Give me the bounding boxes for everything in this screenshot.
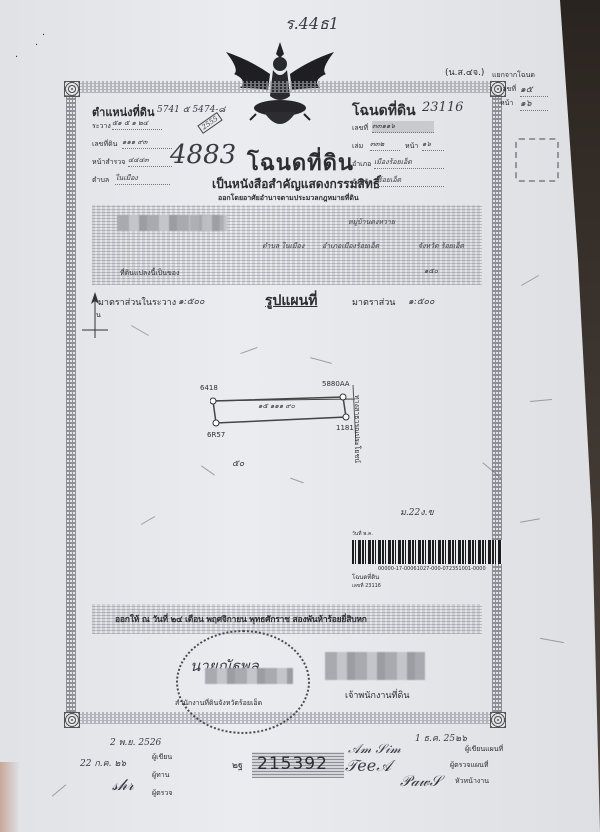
barcode-date-label: วันที่ พ.ค. [352,530,373,538]
map-writer-label: ผู้เขียนแผนที่ [465,744,503,755]
checker-label: ผู้ทาน [152,770,169,781]
parcel-text: ๑๕ ๑๑๑ ๙๐ [258,401,295,412]
book-value: ๓๓๒ [370,139,400,151]
barcode-deed-no: เลขที่ 23116 [352,582,381,590]
parcel-plot [210,385,370,445]
district-label: อำเภอ [352,159,371,170]
map-note-below: ๕๐ [232,456,244,470]
serial-number: 215392 [257,754,328,774]
page-value: ๑๖ [422,139,444,151]
north-arrow-icon [82,290,108,340]
province-label: จังหวัด [352,177,373,188]
side-note-page-value: ๑๖ [520,96,548,111]
verifier-label: ผู้ตรวจ [152,788,172,799]
handwritten-number: 4883 [170,140,236,170]
official-signature-redacted [325,652,425,680]
district-value: เมืองร้อยเอ็ด [374,157,444,169]
parcel-label: เลขที่ดิน [92,139,117,150]
map-writer-signature: 𝒜𝓂 𝒮𝒾𝓂 [348,742,401,757]
scale-left-label: มาตราส่วนในระวาง [98,295,176,309]
head-signature: 𝒫𝒶𝓌𝒮 [400,772,441,790]
map-checker-label: ผู้ตรวจแผนที่ [450,760,488,771]
handwritten-map-mark: ม.22ง.ข [400,505,434,519]
sheet-label: ระวาง [92,121,111,132]
owner-area-note: ๑๕๐ [424,266,438,277]
form-code: (น.ส.๔จ.) [445,65,484,79]
page-label: หน้า [405,141,418,152]
side-note-no-value: ๑๕ [520,82,548,97]
road-label: ทางสาธารณประโยชน์ [351,395,362,463]
head-label: หัวหน้างาน [455,776,489,787]
no-value: ๓๓๑๑๖ [372,121,434,133]
point-5880aa: 5880AA [322,380,350,388]
writer-label: ผู้เขียน [152,752,172,763]
survey-value: ๔๔๔๓ [128,155,172,167]
scale-right-label: มาตราส่วน [352,295,395,309]
official-name-redacted [205,668,293,684]
point-6418: 6418 [200,384,218,392]
barcode [352,540,502,564]
side-note-from-label: แยกจากโฉนด [492,70,535,81]
scale-left-value: ๑:๕๐๐ [178,294,205,308]
serial-prefix: ๒ฐ [232,758,243,772]
owner-line4: ที่ดินแปลงนี้เป็นของ [120,268,179,279]
subdistrict-value: ในเมือง [115,173,170,185]
book-label: เล่ม [352,141,363,152]
side-note-page-label: หน้า [500,98,513,109]
owner-province: จังหวัด ร้อยเอ็ด [418,241,464,252]
initial-date: 22 ก.ค. ๒๖ [80,756,126,770]
deed-label-right: โฉนดที่ดิน [352,100,416,122]
official-title: เจ้าพนักงานที่ดิน [345,688,409,702]
north-label: น [96,310,101,321]
subdistrict-label: ตำบล [92,175,109,186]
owner-subdistrict: ตำบล ในเมือง [262,241,304,252]
barcode-number: 00000-17-00061027-000-072351001-0000 [378,566,486,572]
parcel-value: ๑๑๑ ๙๓ [122,137,172,149]
verifier-signature: 𝓈𝒽𝓇 [112,775,134,795]
survey-label: หน้าสำรวจ [92,157,125,168]
deed-paper: ร.44ธ1 (น.ส.๔จ.) · · · แยกจากโฉนด เลขที่… [0,0,600,832]
map-title: รูปแผนที่ [265,290,317,312]
owner-village: หมู่บ้านดงหวาย [348,217,395,228]
no-label: เลขที่ [352,123,368,134]
side-stamp [515,138,559,182]
seal-text: สำนักงานที่ดินจังหวัดร้อยเอ็ด [175,698,262,709]
sheet-value: ๕๑ ๕ ๑ ๒๔ [112,118,162,130]
owner-district: อำเภอเมืองร้อยเอ็ด [322,241,379,252]
footer-date-right: 1 ธ.ค. 25๒๖ [415,731,467,745]
point-6r57: 6R57 [207,431,225,439]
footer-date-left: 2 พ.ย. 2526 [110,735,161,749]
map-checker-signature: 𝒯𝑒𝑒𝒜 [345,756,391,776]
scale-right-value: ๑:๕๐๐ [408,294,435,308]
handwritten-top-note: ร.44ธ1 [285,12,339,37]
issued-by-line: ออกโดยอาศัยอำนาจตามประมวลกฎหมายที่ดิน [218,193,359,204]
issue-line: ออกให้ ณ วันที่ ๒๔ เดือน พฤศจิกายน พุทธศ… [115,612,367,626]
side-note-no-label: เลขที่ [500,84,516,95]
province-value: ร้อยเอ็ด [378,175,444,187]
barcode-deed-label: โฉนดที่ดิน [352,572,379,582]
deed-number: 23116 [422,100,463,115]
